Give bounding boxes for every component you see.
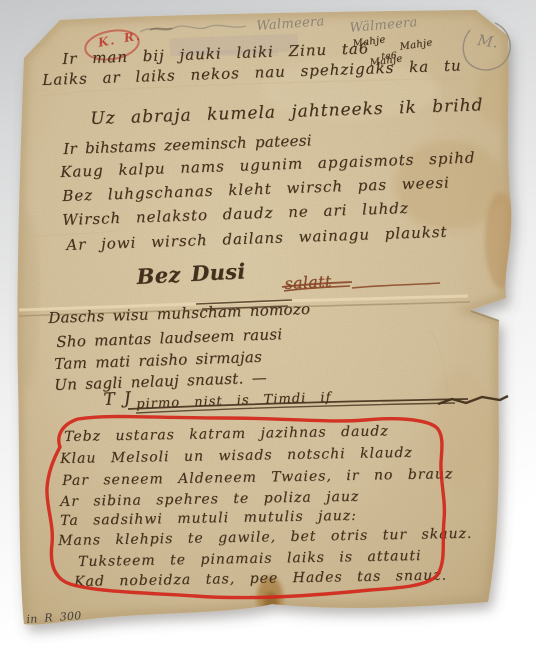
header-note-mahje-b: Mahje <box>399 37 433 53</box>
circled-stanza-line1: Tebz ustaras katram jazihnas daudz <box>64 423 389 445</box>
stanza2-line2: Ir bihstams zeeminsch pateesi <box>63 131 312 158</box>
corner-mark: M. <box>476 31 499 52</box>
circled-stanza-line3: Par seneem Aldeneem Twaies, ir no brauz <box>62 466 453 489</box>
stanza2-line6: Ar jowi wirsch dailans wainagu plaukst <box>66 223 448 254</box>
catalog-number: in R 300 <box>26 609 82 626</box>
stanza3-line4: Un sagli nelauj snaust. — <box>54 369 267 394</box>
stanza3-line2: Sho mantas laudseem rausi <box>56 325 283 351</box>
stanza3-line1: Daschs wisu muhscham nomozo <box>48 300 311 327</box>
handwriting-layer: Walmeera Wälmeera Mahje Mahje ta6 Mahje … <box>0 0 536 648</box>
circled-stanza-line4: Ar sibina spehres te poliza jauz <box>60 489 359 510</box>
struck-line-prefix: T J <box>103 389 131 410</box>
section-heading-struck-word: salatt <box>284 272 332 293</box>
circled-stanza-line7: Tuksteem te pinamais laiks is attauti <box>78 548 422 570</box>
circled-stanza-line8: Kad nobeidza tas, pee Hades tas snauz. <box>74 567 447 590</box>
manuscript-photo: Walmeera Wälmeera Mahje Mahje ta6 Mahje … <box>0 0 536 648</box>
header-place-pencil-right: Wälmeera <box>349 15 418 36</box>
struck-line-text: pirmo nist is Timdi if <box>136 390 332 412</box>
stanza2-line1: Uz abraja kumela jahtneeks ik brihd <box>90 95 484 129</box>
circled-stanza-line2: Klau Melsoli un wisads notschi klaudz <box>60 445 413 467</box>
stanza2-line5: Wirsch nelaksto daudz ne ari luhdz <box>62 199 409 229</box>
section-heading: Bez Dusi <box>136 258 246 289</box>
header-place-pencil-left: Walmeera <box>256 14 325 34</box>
circled-stanza-line6: Mans klehpis te gawile, bet otris tur sk… <box>58 526 473 549</box>
circled-stanza-line5: Ta sadsihwi mutuli mutulis jauz: <box>60 508 357 529</box>
